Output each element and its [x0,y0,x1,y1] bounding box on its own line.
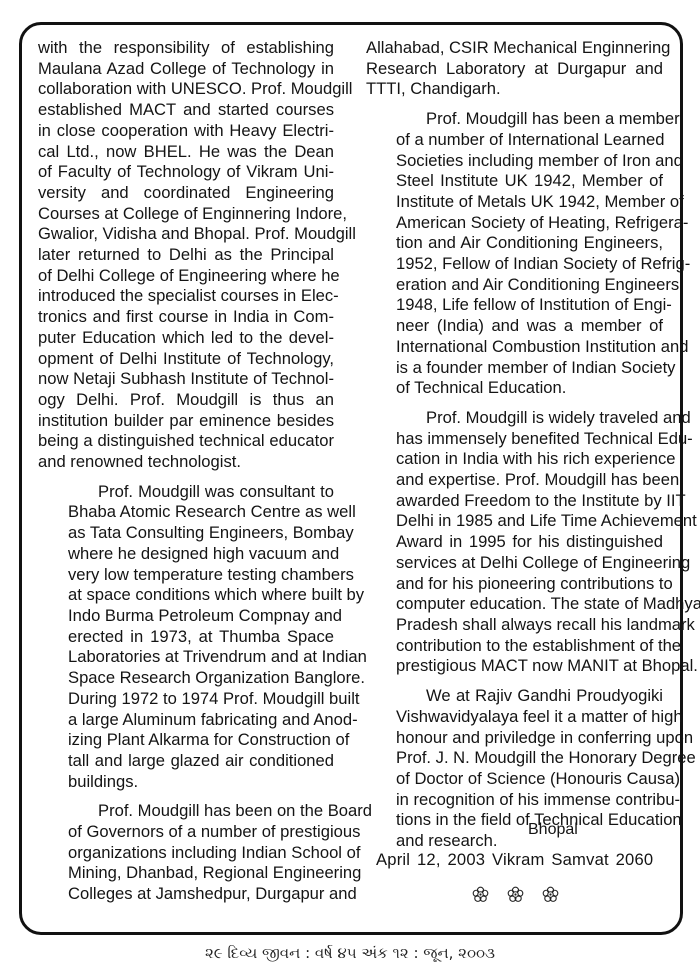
text-line: institution builder par eminence besides [38,411,334,432]
text-line: Vishwavidyalaya feel it a matter of high [366,707,663,728]
text-line: a large Aluminum fabricating and Anod- [38,710,334,731]
text-line: Institute of Metals UK 1942, Member of [366,192,663,213]
text-line: erected in 1973, at Thumba Space [38,627,334,648]
text-line: Pradesh shall always recall his landmark [366,615,663,636]
left-text-column: with the responsibility of establishingM… [38,38,334,914]
text-line: in recognition of his immense contribu- [366,790,663,811]
paragraph: Prof. Moudgill was consultant toBhaba At… [38,482,334,793]
text-line: Steel Institute UK 1942, Member of [366,171,663,192]
text-line: Prof. Moudgill has been a member [366,109,663,130]
text-line: computer education. The state of Madhya [366,594,663,615]
text-line: Maulana Azad College of Technology in [38,59,334,80]
text-line: has immensely benefited Technical Edu- [366,429,663,450]
text-line: now Netaji Subhash Institute of Technol- [38,369,334,390]
text-line: of Delhi College of Engineering where he [38,266,334,287]
signature-date: April 12, 2003 Vikram Samvat 2060 [376,850,653,870]
text-line: being a distinguished technical educator [38,431,334,452]
text-line: 1948, Life fellow of Institution of Engi… [366,295,663,316]
text-line: Prof. Moudgill was consultant to [38,482,334,503]
text-line: Prof. Moudgill has been on the Board [38,801,334,822]
text-line: American Society of Heating, Refrigera- [366,213,663,234]
text-line: established MACT and started courses [38,100,334,121]
text-line: neer (India) and was a member of [366,316,663,337]
text-line: puter Education which led to the devel- [38,328,334,349]
text-line: versity and coordinated Engineering [38,183,334,204]
text-line: tions in the field of Technical Educatio… [366,810,663,831]
text-line: at space conditions which where built by [38,585,334,606]
text-line: honour and priviledge in conferring upon [366,728,663,749]
text-line: Societies including member of Iron and [366,151,663,172]
text-line: Award in 1995 for his distinguished [366,532,663,553]
ornament-row [472,886,559,903]
text-line: very low temperature testing chambers [38,565,334,586]
text-line: Courses at College of Enginnering Indore… [38,204,334,225]
text-line: of Faculty of Technology of Vikram Uni- [38,162,334,183]
page-footer: ૨૯ દિવ્ય જીવન : વર્ષ ૪૫ અંક ૧૨ : જૂન, ૨૦… [0,944,700,962]
flower-ornament-icon [472,886,489,903]
text-line: of Technical Education. [366,378,663,399]
text-line: tall and large glazed air conditioned [38,751,334,772]
text-line: cation in India with his rich experience [366,449,663,470]
text-line: Allahabad, CSIR Mechanical Enginnering [366,38,663,59]
paragraph: Prof. Moudgill has been on the Boardof G… [38,801,334,905]
text-line: and for his pioneering contributions to [366,574,663,595]
text-line: We at Rajiv Gandhi Proudyogiki [366,686,663,707]
text-line: Research Laboratory at Durgapur and [366,59,663,80]
text-line: Laboratories at Trivendrum and at Indian [38,647,334,668]
text-line: Mining, Dhanbad, Regional Engineering [38,863,334,884]
text-line: tion and Air Conditioning Engineers, [366,233,663,254]
text-line: eration and Air Conditioning Engineers [366,275,663,296]
text-line: prestigious MACT now MANIT at Bhopal. [366,656,663,677]
text-line: Gwalior, Vidisha and Bhopal. Prof. Moudg… [38,224,334,245]
text-line: tronics and first course in India in Com… [38,307,334,328]
text-line: Prof. J. N. Moudgill the Honorary Degree [366,748,663,769]
text-line: in close cooperation with Heavy Electri- [38,121,334,142]
text-line: contribution to the establishment of the [366,636,663,657]
text-line: Prof. Moudgill is widely traveled and [366,408,663,429]
text-line: izing Plant Alkarma for Construction of [38,730,334,751]
text-line: is a founder member of Indian Society [366,358,663,379]
paragraph: Allahabad, CSIR Mechanical EnginneringRe… [366,38,663,100]
text-line: During 1972 to 1974 Prof. Moudgill built [38,689,334,710]
text-line: services at Delhi College of Engineering [366,553,663,574]
paragraph: We at Rajiv Gandhi ProudyogikiVishwavidy… [366,686,663,852]
text-line: cal Ltd., now BHEL. He was the Dean [38,142,334,163]
paragraph: Prof. Moudgill is widely traveled andhas… [366,408,663,677]
text-line: 1952, Fellow of Indian Society of Refrig… [366,254,663,275]
text-line: Indo Burma Petroleum Compnay and [38,606,334,627]
paragraph: Prof. Moudgill has been a memberof a num… [366,109,663,399]
signature-place: Bhopal [528,821,578,839]
flower-ornament-icon [542,886,559,903]
text-line: organizations including Indian School of [38,843,334,864]
text-line: of Doctor of Science (Honouris Causa) [366,769,663,790]
text-line: with the responsibility of establishing [38,38,334,59]
text-line: Space Research Organization Banglore. [38,668,334,689]
text-line: TTTI, Chandigarh. [366,79,663,100]
text-line: later returned to Delhi as the Principal [38,245,334,266]
text-line: ogy Delhi. Prof. Moudgill is thus an [38,390,334,411]
text-line: introduced the specialist courses in Ele… [38,286,334,307]
right-text-column: Allahabad, CSIR Mechanical EnginneringRe… [366,38,663,861]
text-line: and research. [366,831,663,852]
paragraph: with the responsibility of establishingM… [38,38,334,473]
text-line: International Combustion Institution and [366,337,663,358]
text-line: of a number of International Learned [366,130,663,151]
text-line: collaboration with UNESCO. Prof. Moudgil… [38,79,334,100]
text-line: Colleges at Jamshedpur, Durgapur and [38,884,334,905]
text-line: as Tata Consulting Engineers, Bombay [38,523,334,544]
text-line: opment of Delhi Institute of Technology, [38,349,334,370]
text-line: buildings. [38,772,334,793]
text-line: where he designed high vacuum and [38,544,334,565]
text-line: Bhaba Atomic Research Centre as well [38,502,334,523]
text-line: of Governors of a number of prestigious [38,822,334,843]
text-line: Delhi in 1985 and Life Time Achievement [366,511,663,532]
text-line: and expertise. Prof. Moudgill has been [366,470,663,491]
flower-ornament-icon [507,886,524,903]
text-line: and renowned technologist. [38,452,334,473]
text-line: awarded Freedom to the Institute by IIT [366,491,663,512]
